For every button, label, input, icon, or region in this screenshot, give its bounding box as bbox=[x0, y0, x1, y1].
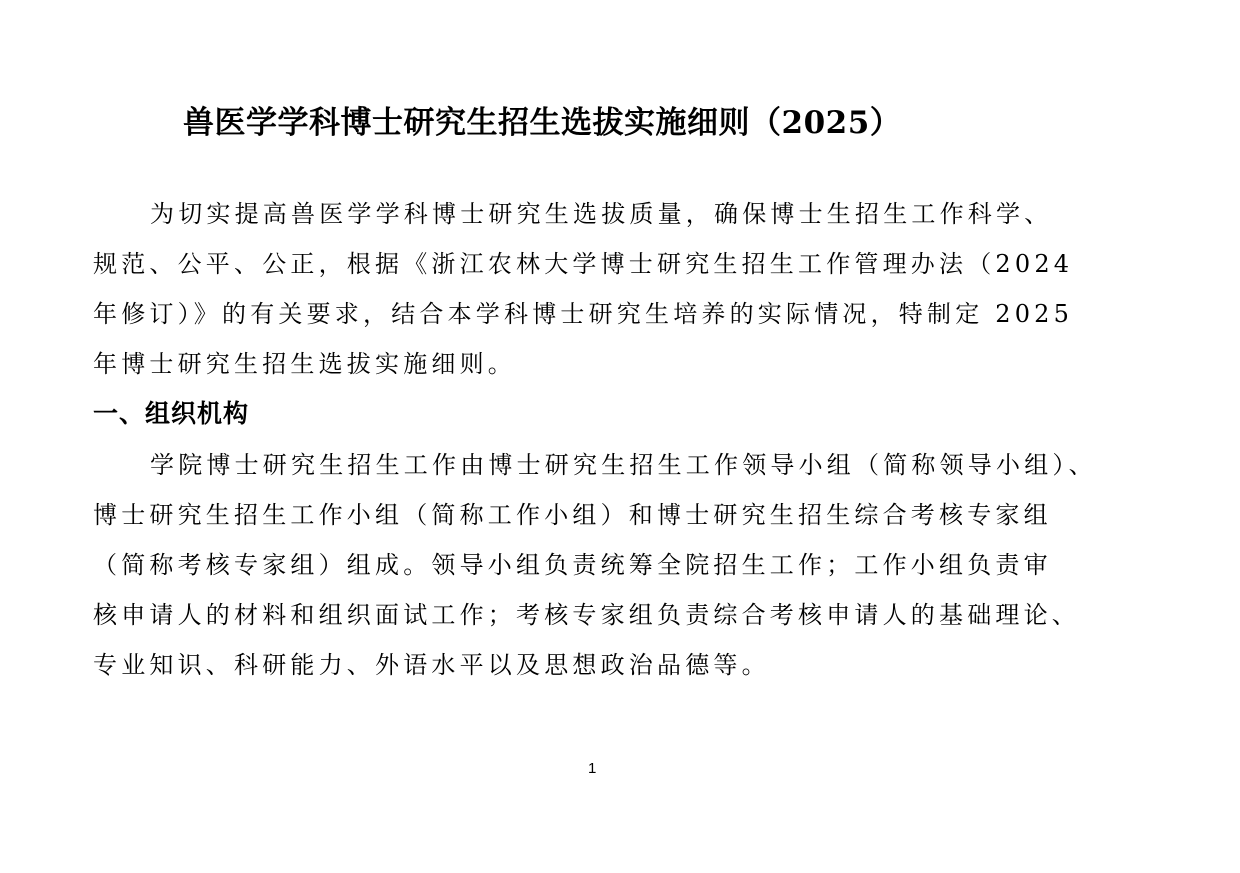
document-title: 兽医学学科博士研究生招生选拔实施细则（2025） bbox=[183, 98, 1013, 148]
paragraph-line: 年修订）》的有关要求，结合本学科博士研究生培养的实际情况，特制定 2025 bbox=[93, 296, 1073, 332]
paragraph-line: 为切实提高兽医学学科博士研究生选拔质量，确保博士生招生工作科学、 bbox=[150, 196, 1052, 232]
section-heading: 一、组织机构 bbox=[93, 395, 249, 433]
paragraph-line: 学院博士研究生招生工作由博士研究生招生工作领导小组（简称领导小组）、 bbox=[150, 447, 1097, 483]
paragraph-line: 规范、公平、公正，根据《浙江农林大学博士研究生招生工作管理办法（2024 bbox=[93, 246, 1073, 282]
document-page: 兽医学学科博士研究生招生选拔实施细则（2025） 为切实提高兽医学学科博士研究生… bbox=[0, 0, 1240, 873]
paragraph-line: （简称考核专家组）组成。领导小组负责统筹全院招生工作；工作小组负责审 bbox=[93, 547, 1052, 583]
paragraph-line: 核申请人的材料和组织面试工作；考核专家组负责综合考核申请人的基础理论、 bbox=[93, 597, 1080, 633]
paragraph-line: 专业知识、科研能力、外语水平以及思想政治品德等。 bbox=[93, 647, 770, 683]
page-number: 1 bbox=[588, 758, 596, 780]
paragraph-line: 年博士研究生招生选拔实施细则。 bbox=[93, 346, 516, 382]
paragraph-line: 博士研究生招生工作小组（简称工作小组）和博士研究生招生综合考核专家组 bbox=[93, 497, 1052, 533]
